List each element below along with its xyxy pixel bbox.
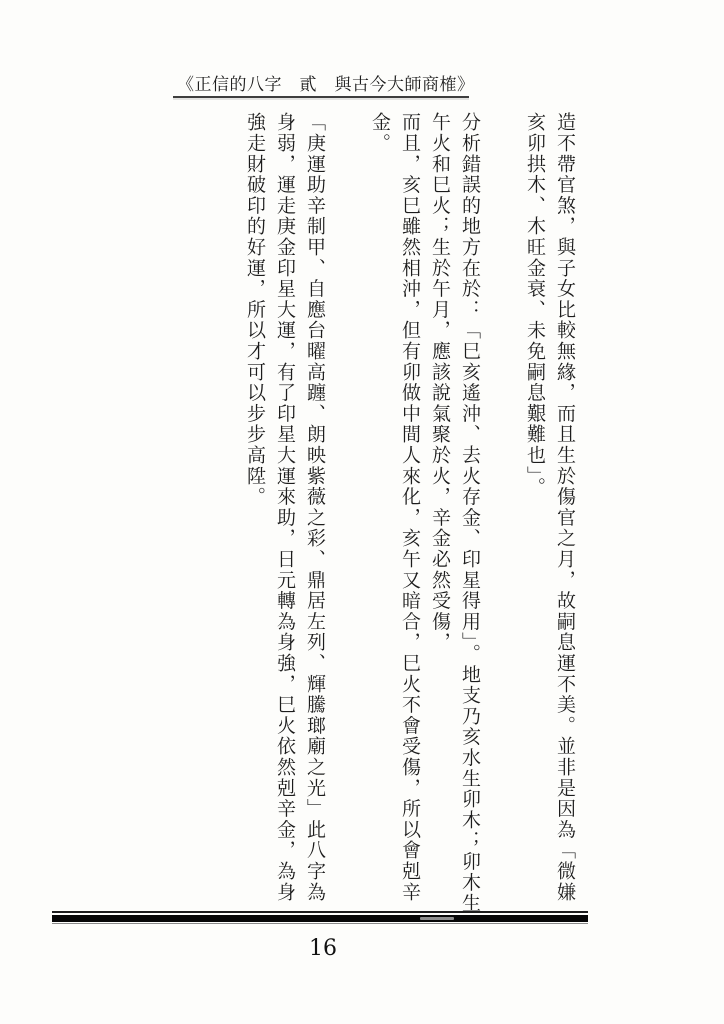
paragraph: 「庚運助辛制甲、自應台曜高躔、朗映紫薇之彩、鼎居左列、輝騰瑯廟之光」此八字為身弱… [240, 112, 330, 914]
book-title-header: 《正信的八字 貳 與古今大師商榷》 [177, 70, 475, 95]
header-underline [173, 96, 469, 98]
scanned-book-page: 《正信的八字 貳 與古今大師商榷》 造不帶官煞，與子女比較無緣，而且生於傷官之月… [0, 0, 724, 1024]
paragraph: 造不帶官煞，與子女比較無緣，而且生於傷官之月，故嗣息運不美。並非是因為「微嫌亥卯… [520, 112, 580, 914]
page-number: 16 [299, 936, 347, 961]
body-text-columns: 造不帶官煞，與子女比較無緣，而且生於傷官之月，故嗣息運不美。並非是因為「微嫌亥卯… [234, 112, 580, 914]
ink-smudge [420, 917, 454, 920]
paragraph: 分析錯誤的地方在於：「巳亥遙沖、去火存金、印星得用」。地支乃亥水生卯木；卯木生午… [365, 112, 485, 914]
footer-rule-thick-bar [52, 915, 588, 922]
footer-rule-hairline [52, 923, 588, 924]
footer-rule [52, 911, 588, 924]
footer-rule-thin-line [52, 911, 588, 913]
